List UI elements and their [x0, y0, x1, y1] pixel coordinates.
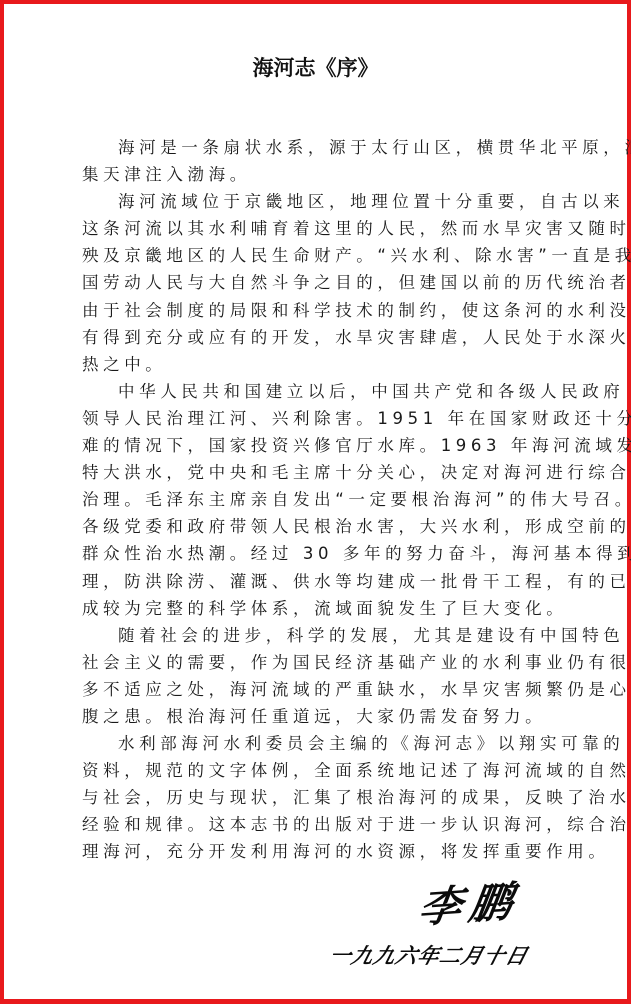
- paragraph-line: 由于社会制度的局限和科学技术的制约，使这条河的水利没: [82, 297, 526, 324]
- paragraph-line: 社会主义的需要，作为国民经济基础产业的水利事业仍有很: [82, 649, 526, 676]
- paragraph-line: 腹之患。根治海河任重道远，大家仍需发奋努力。: [82, 703, 526, 730]
- paragraph-line: 经验和规律。这本志书的出版对于进一步认识海河，综合治: [82, 811, 526, 838]
- paragraph-line: 热之中。: [82, 351, 526, 378]
- paragraph-first-line: 海河流域位于京畿地区，地理位置十分重要，自古以来: [82, 188, 526, 215]
- paragraph-line: 理海河，充分开发利用海河的水资源，将发挥重要作用。: [82, 838, 526, 865]
- paragraph-line: 国劳动人民与大自然斗争之目的，但建国以前的历代统治者: [82, 269, 526, 296]
- paragraph-line: 各级党委和政府带领人民根治水害，大兴水利，形成空前的: [82, 513, 526, 540]
- handwritten-signature: 李鹏: [415, 869, 525, 936]
- paragraph-line: 殃及京畿地区的人民生命财产。“兴水利、除水害”一直是我: [82, 242, 526, 269]
- paragraph-line: 成较为完整的科学体系，流域面貌发生了巨大变化。: [82, 595, 526, 622]
- paragraph-line: 资料，规范的文字体例，全面系统地记述了海河流域的自然: [82, 757, 526, 784]
- paragraph-first-line: 水利部海河水利委员会主编的《海河志》以翔实可靠的: [82, 730, 526, 757]
- paragraph-line: 群众性治水热潮。经过 30 多年的努力奋斗，海河基本得到治: [82, 540, 526, 567]
- paragraph-first-line: 中华人民共和国建立以后，中国共产党和各级人民政府: [82, 378, 526, 405]
- paragraph-first-line: 随着社会的进步，科学的发展，尤其是建设有中国特色: [82, 622, 526, 649]
- preface-body: 海河是一条扇状水系，源于太行山区，横贯华北平原，汇集天津注入渤海。海河流域位于京…: [82, 134, 526, 866]
- paragraph-line: 集天津注入渤海。: [82, 161, 526, 188]
- paragraph-line: 这条河流以其水利哺育着这里的人民，然而水旱灾害又随时: [82, 215, 526, 242]
- page-title: 海河志《序》: [0, 52, 631, 82]
- signature-date: 一九九六年二月十日: [326, 940, 531, 970]
- paragraph-line: 治理。毛泽东主席亲自发出“一定要根治海河”的伟大号召。: [82, 486, 526, 513]
- paragraph-line: 领导人民治理江河、兴利除害。1951 年在国家财政还十分困: [82, 405, 526, 432]
- paragraph-line: 有得到充分或应有的开发，水旱灾害肆虐，人民处于水深火: [82, 324, 526, 351]
- paragraph-line: 与社会，历史与现状，汇集了根治海河的成果，反映了治水的: [82, 784, 526, 811]
- paragraph-first-line: 海河是一条扇状水系，源于太行山区，横贯华北平原，汇: [82, 134, 526, 161]
- paragraph-line: 特大洪水，党中央和毛主席十分关心，决定对海河进行综合: [82, 459, 526, 486]
- paragraph-line: 多不适应之处，海河流域的严重缺水，水旱灾害频繁仍是心: [82, 676, 526, 703]
- paragraph-line: 难的情况下，国家投资兴修官厅水库。1963 年海河流域发生: [82, 432, 526, 459]
- paragraph-line: 理，防洪除涝、灌溉、供水等均建成一批骨干工程，有的已形: [82, 568, 526, 595]
